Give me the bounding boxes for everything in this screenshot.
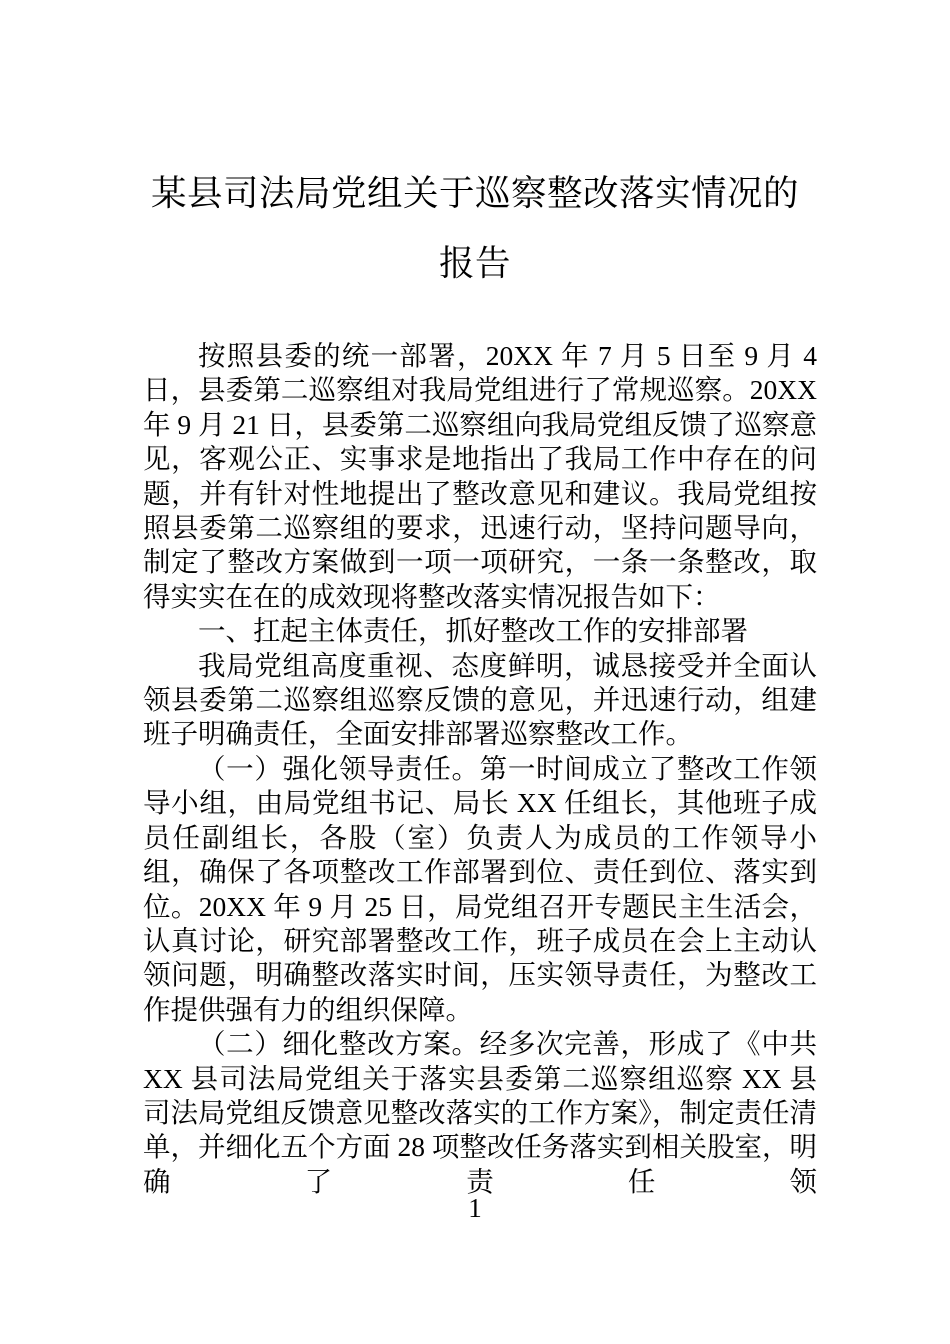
paragraph-item-1: （一）强化领导责任。第一时间成立了整改工作领导小组，由局党组书记、局长 XX 任…	[143, 752, 817, 1027]
paragraph-item-2: （二）细化整改方案。经多次完善，形成了《中共 XX 县司法局党组关于落实县委第二…	[143, 1027, 817, 1199]
document-title: 某县司法局党组关于巡察整改落实情况的 报告	[0, 158, 950, 298]
document-page: 某县司法局党组关于巡察整改落实情况的 报告 按照县委的统一部署，20XX 年 7…	[0, 0, 950, 1344]
title-line-1: 某县司法局党组关于巡察整改落实情况的	[0, 158, 950, 228]
paragraph-overview: 我局党组高度重视、态度鲜明，诚恳接受并全面认领县委第二巡察组巡察反馈的意见，并迅…	[143, 649, 817, 752]
paragraph-intro: 按照县委的统一部署，20XX 年 7 月 5 日至 9 月 4 日，县委第二巡察…	[143, 339, 817, 614]
title-line-2: 报告	[0, 228, 950, 298]
document-body: 按照县委的统一部署，20XX 年 7 月 5 日至 9 月 4 日，县委第二巡察…	[143, 339, 817, 1199]
page-number: 1	[0, 1191, 950, 1225]
section-heading-1: 一、扛起主体责任，抓好整改工作的安排部署	[143, 614, 817, 648]
